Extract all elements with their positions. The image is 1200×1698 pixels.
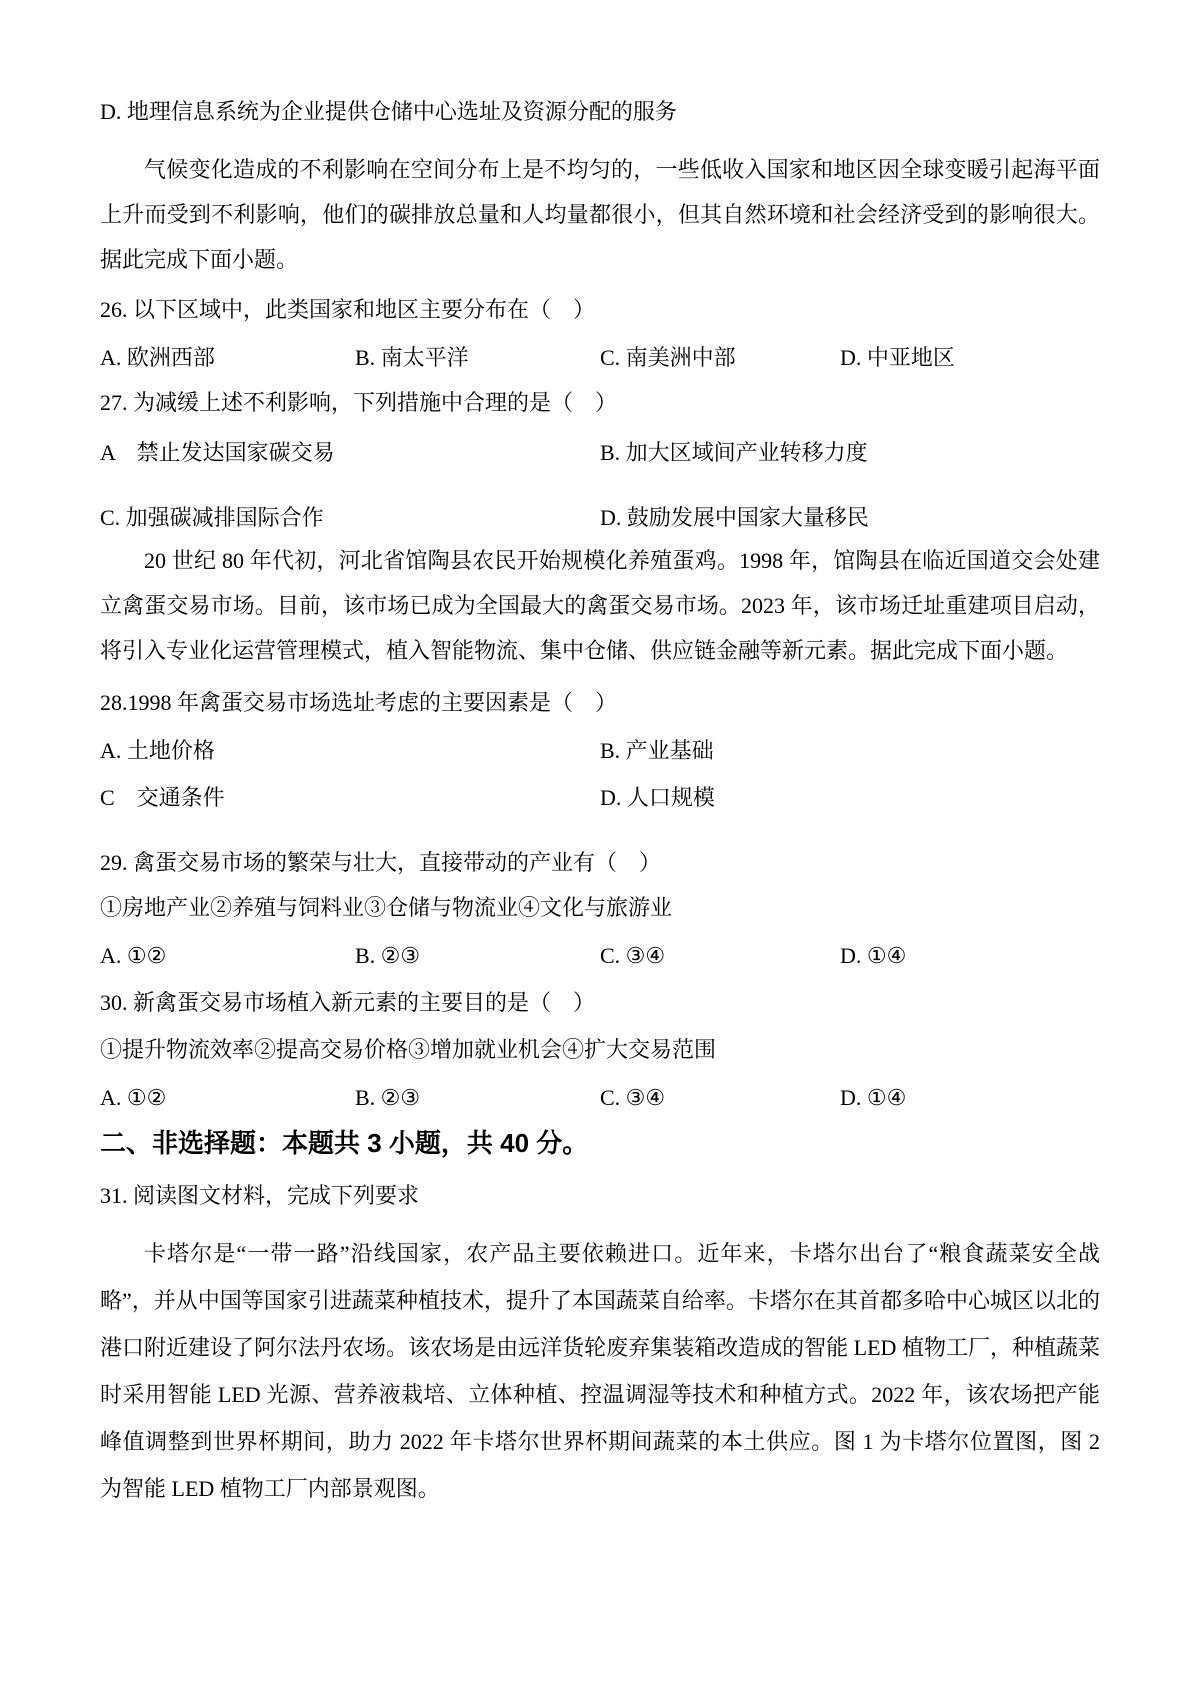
question-29-option-d: D. ①④ bbox=[840, 943, 1100, 969]
question-26-options: A. 欧洲西部 B. 南太平洋 C. 南美洲中部 D. 中亚地区 bbox=[100, 345, 1100, 371]
question-27-options-row-2: C. 加强碳减排国际合作 D. 鼓励发展中国家大量移民 bbox=[100, 505, 1100, 531]
question-27-stem: 27. 为减缓上述不利影响，下列措施中合理的是（ ） bbox=[100, 390, 1100, 416]
question-28-stem: 28.1998 年禽蛋交易市场选址考虑的主要因素是（ ） bbox=[100, 690, 1100, 716]
question-30-numbered-items: ①提升物流效率②提高交易价格③增加就业机会④扩大交易范围 bbox=[100, 1037, 1100, 1063]
question-30-option-b: B. ②③ bbox=[355, 1085, 600, 1111]
question-30-options: A. ①② B. ②③ C. ③④ D. ①④ bbox=[100, 1085, 1100, 1111]
question-31-stem: 31. 阅读图文材料，完成下列要求 bbox=[100, 1183, 1100, 1209]
question-30-option-a: A. ①② bbox=[100, 1085, 355, 1111]
exam-page: D. 地理信息系统为企业提供仓储中心选址及资源分配的服务 气候变化造成的不利影响… bbox=[0, 0, 1200, 1698]
question-26-option-d: D. 中亚地区 bbox=[840, 345, 1100, 371]
question-27-option-d: D. 鼓励发展中国家大量移民 bbox=[600, 505, 1100, 531]
section-2-heading: 二、非选择题：本题共 3 小题，共 40 分。 bbox=[100, 1126, 1100, 1160]
question-28-option-b: B. 产业基础 bbox=[600, 738, 1100, 764]
question-29-stem: 29. 禽蛋交易市场的繁荣与壮大，直接带动的产业有（ ） bbox=[100, 850, 1100, 876]
question-26-option-c: C. 南美洲中部 bbox=[600, 345, 840, 371]
question-28-option-d: D. 人口规模 bbox=[600, 785, 1100, 811]
passage-egg-market: 20 世纪 80 年代初，河北省馆陶县农民开始规模化养殖蛋鸡。1998 年，馆陶… bbox=[100, 538, 1100, 673]
question-29-option-a: A. ①② bbox=[100, 943, 355, 969]
passage-climate: 气候变化造成的不利影响在空间分布上是不均匀的，一些低收入国家和地区因全球变暖引起… bbox=[100, 147, 1100, 282]
question-30-option-c: C. ③④ bbox=[600, 1085, 840, 1111]
question-25-option-d: D. 地理信息系统为企业提供仓储中心选址及资源分配的服务 bbox=[100, 99, 1100, 125]
question-29-option-c: C. ③④ bbox=[600, 943, 840, 969]
question-28-options-row-2: C 交通条件 D. 人口规模 bbox=[100, 785, 1100, 811]
question-27-options-row-1: A 禁止发达国家碳交易 B. 加大区域间产业转移力度 bbox=[100, 440, 1100, 466]
question-29-options: A. ①② B. ②③ C. ③④ D. ①④ bbox=[100, 943, 1100, 969]
question-27-option-c: C. 加强碳减排国际合作 bbox=[100, 505, 600, 531]
question-30-option-d: D. ①④ bbox=[840, 1085, 1100, 1111]
question-26-option-a: A. 欧洲西部 bbox=[100, 345, 355, 371]
question-28-options-row-1: A. 土地价格 B. 产业基础 bbox=[100, 738, 1100, 764]
question-30-stem: 30. 新禽蛋交易市场植入新元素的主要目的是（ ） bbox=[100, 990, 1100, 1016]
question-27-option-b: B. 加大区域间产业转移力度 bbox=[600, 440, 1100, 466]
passage-qatar: 卡塔尔是“一带一路”沿线国家，农产品主要依赖进口。近年来，卡塔尔出台了“粮食蔬菜… bbox=[100, 1230, 1100, 1512]
question-26-option-b: B. 南太平洋 bbox=[355, 345, 600, 371]
question-26-stem: 26. 以下区域中，此类国家和地区主要分布在（ ） bbox=[100, 297, 1100, 323]
question-29-numbered-items: ①房地产业②养殖与饲料业③仓储与物流业④文化与旅游业 bbox=[100, 895, 1100, 921]
question-29-option-b: B. ②③ bbox=[355, 943, 600, 969]
question-28-option-a: A. 土地价格 bbox=[100, 738, 600, 764]
question-28-option-c: C 交通条件 bbox=[100, 785, 600, 811]
question-27-option-a: A 禁止发达国家碳交易 bbox=[100, 440, 600, 466]
